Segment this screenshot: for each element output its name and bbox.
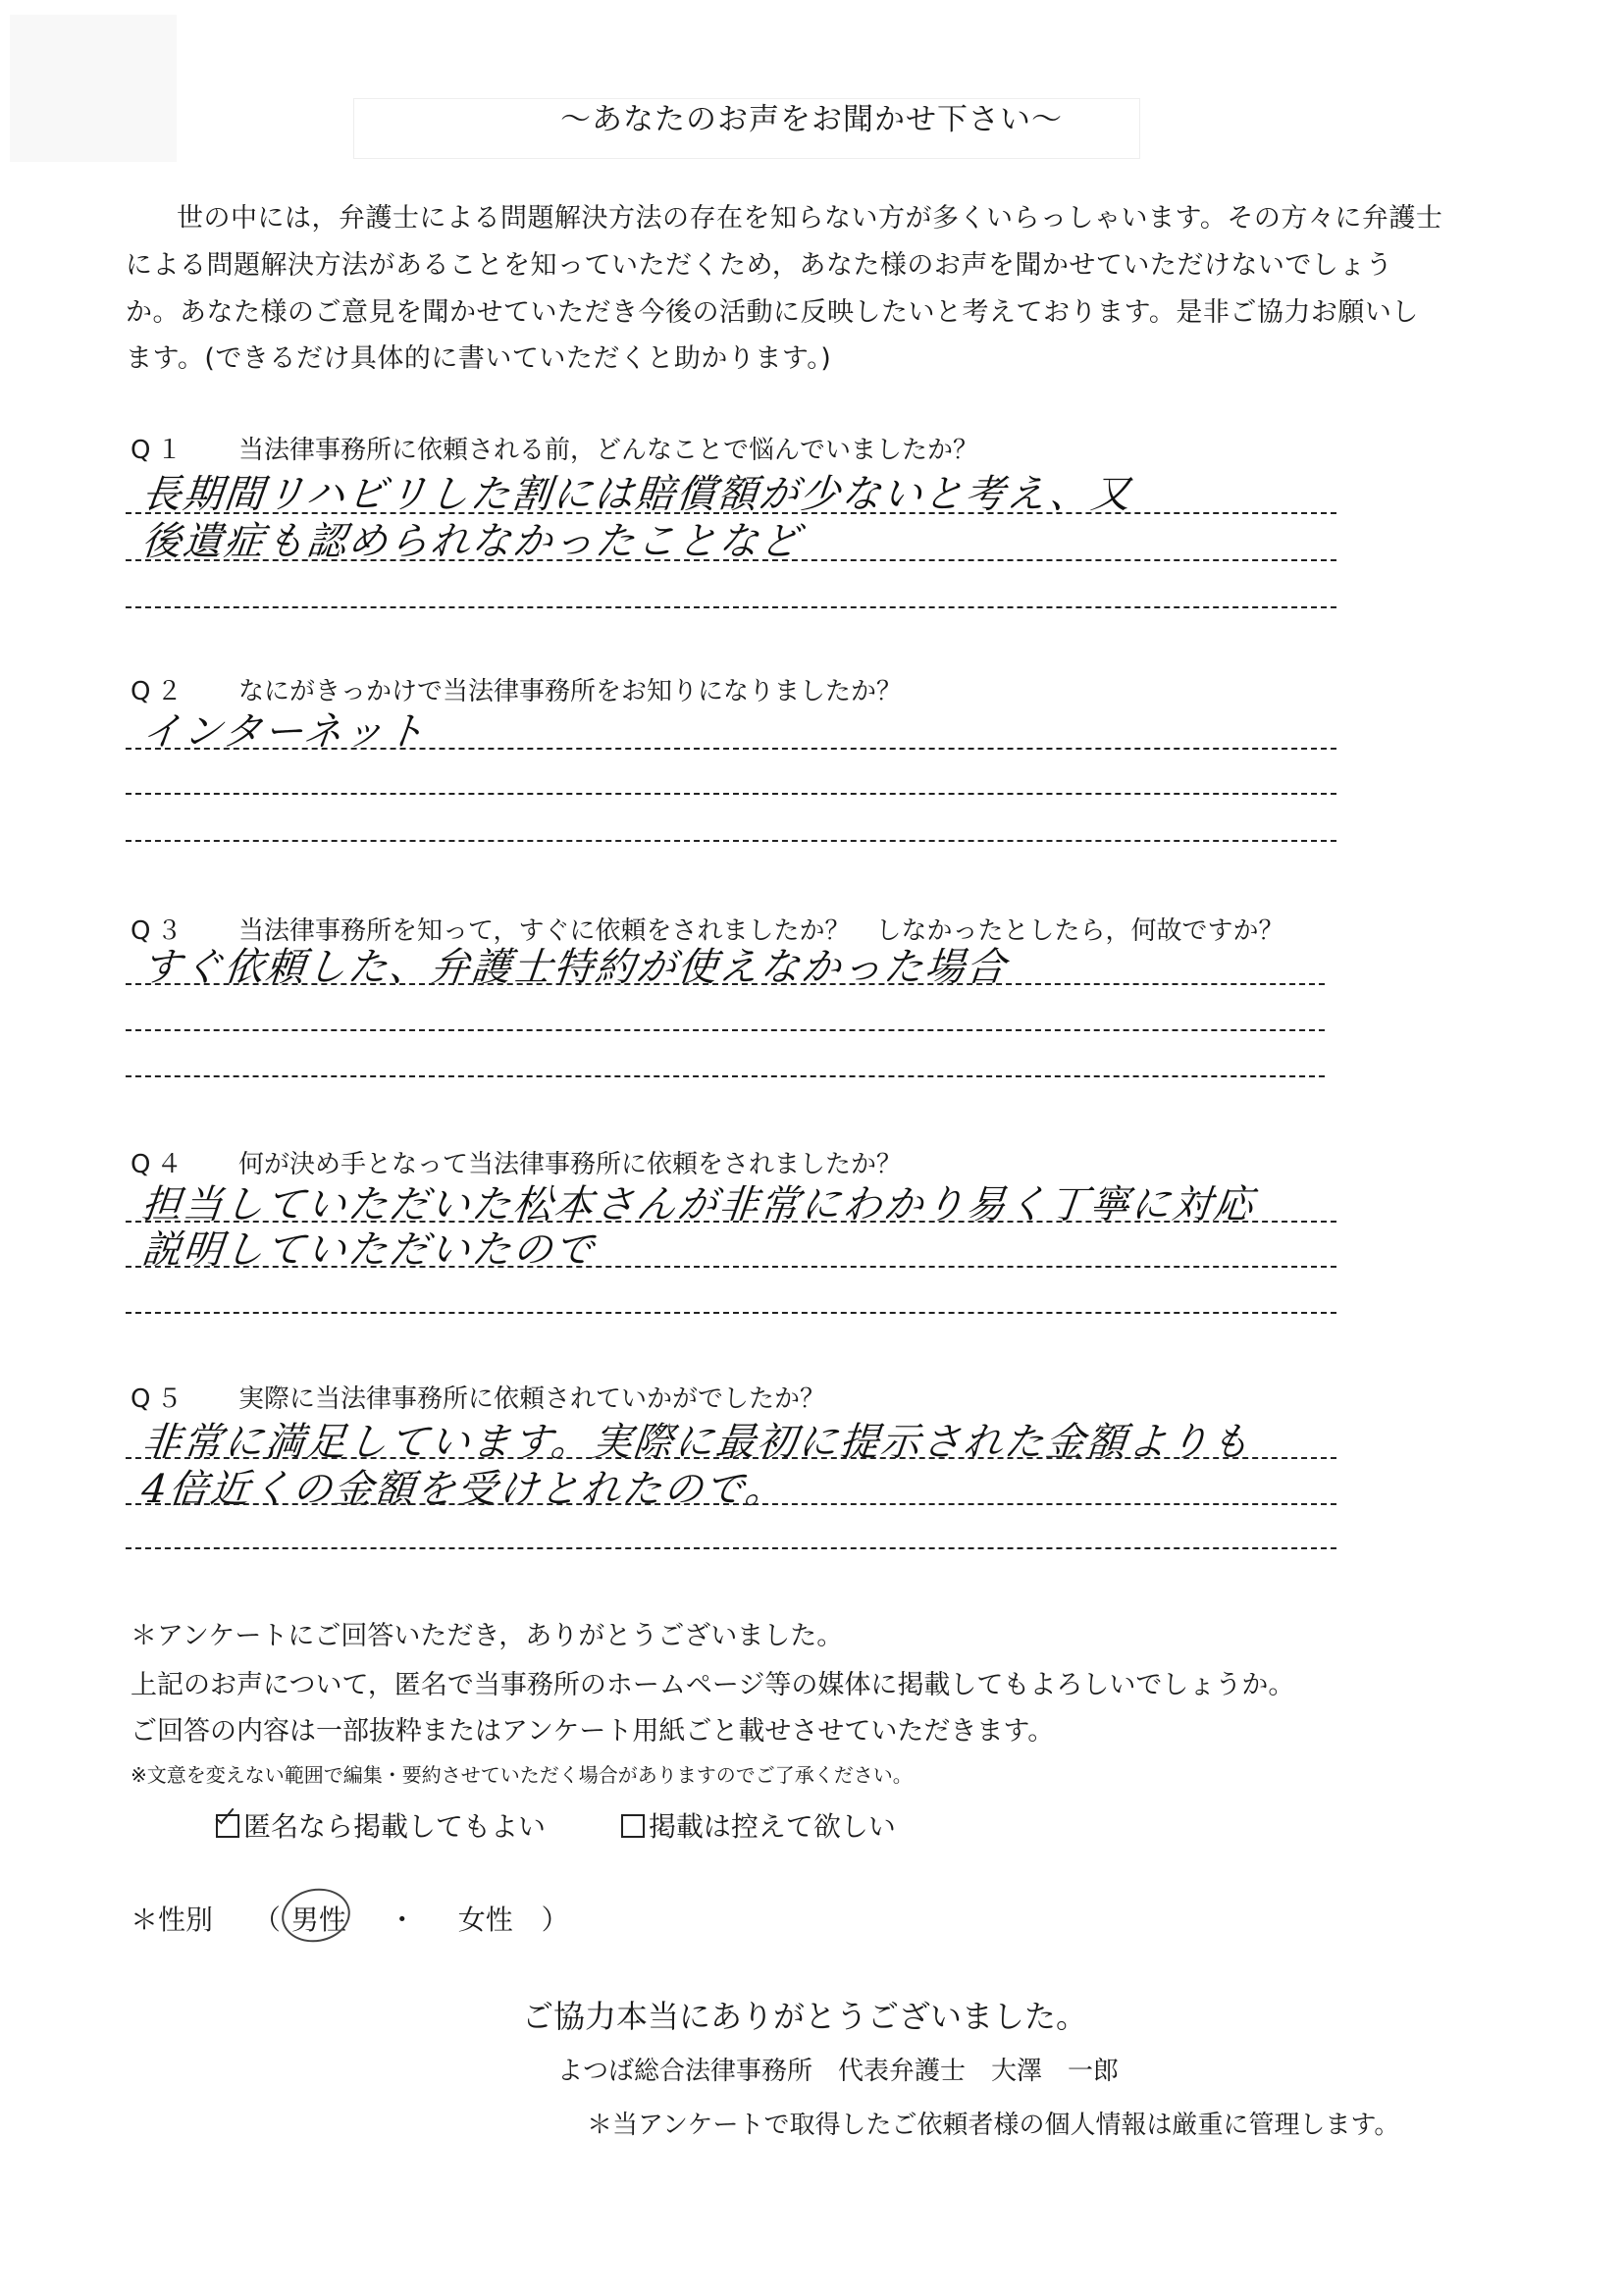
intro-line: か。あなた様のご意見を聞かせていただき今後の活動に反映したいと考えております。是…	[126, 290, 1419, 329]
answer-1-line-2[interactable]: 後遺症も認められなかったことなど	[139, 510, 805, 566]
answer-line	[126, 559, 1336, 561]
gender-label: ＊性別	[131, 1899, 213, 1938]
question-text: 当法律事務所に依頼される前，どんなことで悩んでいましたか？	[238, 436, 978, 465]
option-decline[interactable]: 掲載は控えて欲しい	[621, 1810, 896, 1843]
publish-question: 上記のお声について，匿名で当事務所のホームページ等の媒体に掲載してもよろしいでし…	[131, 1663, 1294, 1701]
answer-line	[126, 1221, 1336, 1223]
answer-5-line-2[interactable]: 4倍近くの金額を受けとれたので。	[139, 1458, 790, 1514]
option-label: 匿名なら掲載してもよい	[243, 1810, 546, 1843]
answer-line	[126, 793, 1336, 795]
answer-line	[126, 1547, 1336, 1549]
question-text: 実際に当法律事務所に依頼されていかがでしたか？	[238, 1384, 825, 1414]
intro-line: ます。(できるだけ具体的に書いていただくと助かります。)	[126, 337, 831, 375]
edit-note: ※文意を変えない範囲で編集・要約させていただく場合がありますのでご了承ください。	[131, 1759, 913, 1788]
intro-line: 世の中には，弁護士による問題解決方法の存在を知らない方が多くいらっしゃいます。そ…	[177, 196, 1442, 235]
answer-line	[126, 1503, 1336, 1505]
answer-line	[126, 1266, 1336, 1268]
answer-line	[126, 983, 1325, 985]
answer-line	[126, 1457, 1336, 1459]
gender-male-option[interactable]: 男性	[291, 1899, 346, 1938]
answer-line	[126, 840, 1336, 842]
gender-field: ＊性別 （ 男性 ・ 女性 ）	[131, 1899, 569, 1938]
option-label: 掲載は控えて欲しい	[649, 1810, 896, 1843]
page-title: 〜あなたのお声をお聞かせ下さい〜	[0, 94, 1623, 138]
thanks-note: ＊アンケートにご回答いただき，ありがとうございました。	[131, 1614, 843, 1652]
question-number: Q５	[131, 1379, 238, 1415]
publish-detail: ご回答の内容は一部抜粋またはアンケート用紙ごと載せさせていただきます。	[131, 1709, 1054, 1748]
question-5-header: Q５実際に当法律事務所に依頼されていかがでしたか？	[131, 1379, 825, 1415]
question-1-header: Q１当法律事務所に依頼される前，どんなことで悩んでいましたか？	[131, 430, 978, 466]
privacy-note: ＊当アンケートで取得したご依頼者様の個人情報は厳重に管理します。	[587, 2105, 1399, 2141]
scan-artifact	[10, 15, 177, 162]
publish-options: 匿名なら掲載してもよい 掲載は控えて欲しい	[216, 1805, 896, 1845]
office-signature: よつば総合法律事務所 代表弁護士 大澤 一郎	[557, 2051, 1119, 2087]
question-number: Q１	[131, 430, 238, 466]
closing-thanks: ご協力本当にありがとうございました。	[522, 1992, 1087, 2037]
answer-line	[126, 1029, 1325, 1031]
answer-line	[126, 1075, 1325, 1077]
gender-separator: ・	[389, 1899, 416, 1938]
open-paren: （	[253, 1899, 281, 1938]
gender-female-option[interactable]: 女性	[458, 1899, 513, 1938]
intro-line: による問題解決方法があることを知っていただくため，あなた様のお声を聞かせていただ…	[126, 243, 1392, 282]
answer-line	[126, 1312, 1336, 1314]
checkbox-icon[interactable]	[621, 1814, 645, 1838]
close-paren: ）	[542, 1899, 569, 1938]
answer-line	[126, 606, 1336, 608]
option-anonymous-ok[interactable]: 匿名なら掲載してもよい	[216, 1810, 554, 1843]
answer-line	[126, 512, 1336, 514]
checkbox-checked-icon[interactable]	[216, 1814, 239, 1838]
answer-line	[126, 748, 1336, 750]
